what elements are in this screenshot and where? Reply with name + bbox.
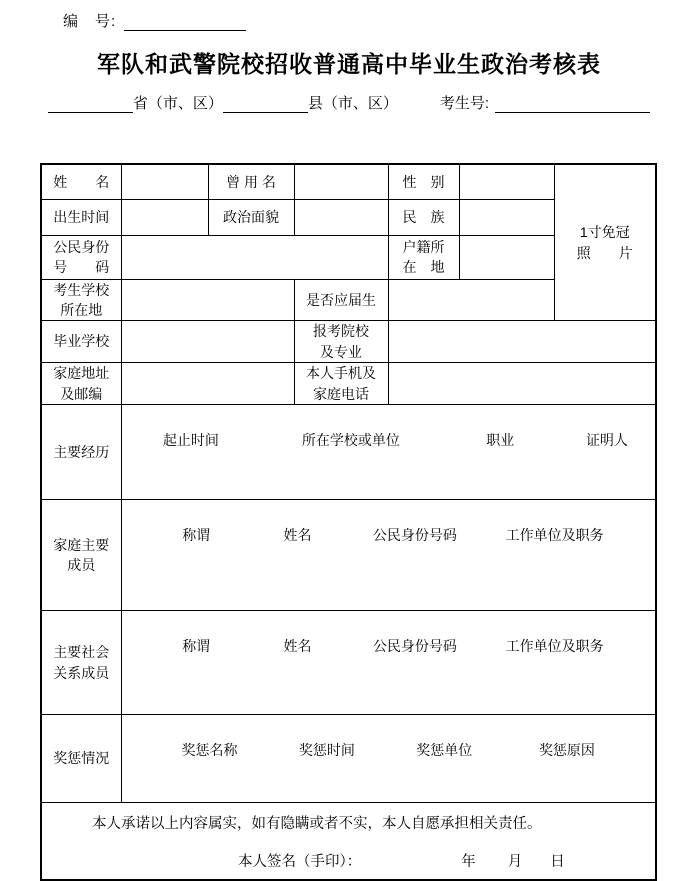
- table-row: 本人承诺以上内容属实，如有隐瞒或者不实，本人自愿承担相关责任。 本人签名（手印）…: [41, 803, 656, 880]
- social-header-id-number: 公民身份号码: [324, 636, 505, 656]
- family-header-name: 姓名: [271, 525, 324, 545]
- experience-header-row: 起止时间 所在学校或单位 职业 证明人: [122, 425, 656, 450]
- form-number-input-line[interactable]: [124, 16, 246, 31]
- pledge-statement: 本人承诺以上内容属实，如有隐瞒或者不实，本人自愿承担相关责任。: [42, 803, 655, 835]
- household-location-field[interactable]: [459, 235, 554, 279]
- birth-date-label: 出生时间: [41, 199, 121, 235]
- political-assessment-form-page: 编 号: 军队和武警院校招收普通高中毕业生政治考核表 省（市、区） 县（市、区）…: [0, 0, 698, 881]
- id-number-label: 公民身份 号 码: [41, 235, 121, 279]
- id-number-field[interactable]: [121, 235, 388, 279]
- experience-field-area[interactable]: 起止时间 所在学校或单位 职业 证明人: [121, 405, 656, 500]
- rewards-header-name: 奖惩名称: [122, 740, 298, 760]
- graduate-school-label: 毕业学校: [41, 321, 121, 363]
- county-input-line[interactable]: [223, 98, 308, 113]
- rewards-punishments-label: 奖惩情况: [41, 715, 121, 803]
- social-header-work-unit: 工作单位及职务: [506, 636, 591, 656]
- family-header-relation: 称谓: [122, 525, 271, 545]
- province-label: 省（市、区）: [133, 92, 223, 113]
- form-title: 军队和武警院校招收普通高中毕业生政治考核表: [0, 46, 698, 79]
- table-row: 毕业学校 报考院校 及专业: [41, 321, 656, 363]
- household-location-label: 户籍所 在 地: [388, 235, 459, 279]
- ethnicity-label: 民 族: [388, 199, 459, 235]
- signature-label[interactable]: 本人签名（手印）：: [238, 852, 361, 873]
- table-row: 家庭主要 成员 称谓 姓名 公民身份号码 工作单位及职务: [41, 500, 656, 611]
- social-relations-field-area[interactable]: 称谓 姓名 公民身份号码 工作单位及职务: [121, 611, 656, 715]
- school-location-label: 考生学校 所在地: [41, 279, 121, 321]
- signature-row: 本人签名（手印）： 年 月 日: [42, 852, 655, 873]
- former-name-label: 曾 用 名: [208, 164, 294, 199]
- county-label: 县（市、区）: [308, 92, 398, 113]
- experience-header-period: 起止时间: [122, 430, 261, 450]
- home-address-field[interactable]: [121, 363, 294, 405]
- month-label: 月: [508, 852, 523, 873]
- former-name-field[interactable]: [294, 164, 388, 199]
- experience-header-certifier: 证明人: [559, 430, 655, 450]
- is-current-graduate-label: 是否应届生: [294, 279, 388, 321]
- experience-header-occupation: 职业: [442, 430, 559, 450]
- day-label: 日: [550, 852, 565, 873]
- political-status-label: 政治面貌: [208, 199, 294, 235]
- experience-header-school-or-unit: 所在学校或单位: [260, 430, 441, 450]
- applied-school-field[interactable]: [388, 321, 656, 363]
- rewards-header-reason: 奖惩原因: [532, 740, 601, 760]
- gender-label: 性 别: [388, 164, 459, 199]
- family-members-header-row: 称谓 姓名 公民身份号码 工作单位及职务: [122, 520, 656, 545]
- form-number-row: 编 号:: [63, 10, 246, 31]
- photo-placeholder: 1寸免冠 照 片: [554, 164, 656, 321]
- is-current-graduate-field[interactable]: [388, 279, 554, 321]
- family-members-label: 家庭主要 成员: [41, 500, 121, 611]
- family-header-id-number: 公民身份号码: [324, 525, 505, 545]
- name-field[interactable]: [121, 164, 208, 199]
- table-row: 姓 名 曾 用 名 性 别 1寸免冠 照 片: [41, 164, 656, 199]
- form-number-label: 编 号:: [63, 13, 116, 30]
- table-row: 主要经历 起止时间 所在学校或单位 职业 证明人: [41, 405, 656, 500]
- gender-field[interactable]: [459, 164, 554, 199]
- region-row: 省（市、区） 县（市、区） 考生号:: [0, 92, 698, 113]
- phone-label: 本人手机及 家庭电话: [294, 363, 388, 405]
- experience-label: 主要经历: [41, 405, 121, 500]
- rewards-punishments-field-area[interactable]: 奖惩名称 奖惩时间 奖惩单位 奖惩原因: [121, 715, 656, 803]
- table-row: 家庭地址 及邮编 本人手机及 家庭电话: [41, 363, 656, 405]
- assessment-table: 姓 名 曾 用 名 性 别 1寸免冠 照 片 出生时间 政治面貌 民 族 公民身…: [40, 163, 657, 881]
- ethnicity-field[interactable]: [459, 199, 554, 235]
- family-header-work-unit: 工作单位及职务: [506, 525, 591, 545]
- political-status-field[interactable]: [294, 199, 388, 235]
- graduate-school-field[interactable]: [121, 321, 294, 363]
- name-label: 姓 名: [41, 164, 121, 199]
- rewards-header-row: 奖惩名称 奖惩时间 奖惩单位 奖惩原因: [122, 735, 656, 760]
- candidate-number-input-line[interactable]: [495, 98, 650, 113]
- rewards-header-unit: 奖惩单位: [356, 740, 532, 760]
- home-address-label: 家庭地址 及邮编: [41, 363, 121, 405]
- candidate-number-label: 考生号:: [440, 92, 489, 113]
- phone-field[interactable]: [388, 363, 656, 405]
- social-relations-label: 主要社会 关系成员: [41, 611, 121, 715]
- birth-date-field[interactable]: [121, 199, 208, 235]
- school-location-field[interactable]: [121, 279, 294, 321]
- social-relations-header-row: 称谓 姓名 公民身份号码 工作单位及职务: [122, 631, 656, 656]
- social-header-relation: 称谓: [122, 636, 271, 656]
- social-header-name: 姓名: [271, 636, 324, 656]
- rewards-header-time: 奖惩时间: [298, 740, 357, 760]
- applied-school-label: 报考院校 及专业: [294, 321, 388, 363]
- pledge-cell: 本人承诺以上内容属实，如有隐瞒或者不实，本人自愿承担相关责任。 本人签名（手印）…: [41, 803, 656, 880]
- table-row: 奖惩情况 奖惩名称 奖惩时间 奖惩单位 奖惩原因: [41, 715, 656, 803]
- table-row: 主要社会 关系成员 称谓 姓名 公民身份号码 工作单位及职务: [41, 611, 656, 715]
- province-input-line[interactable]: [48, 98, 133, 113]
- year-label: 年: [461, 852, 476, 873]
- family-members-field-area[interactable]: 称谓 姓名 公民身份号码 工作单位及职务: [121, 500, 656, 611]
